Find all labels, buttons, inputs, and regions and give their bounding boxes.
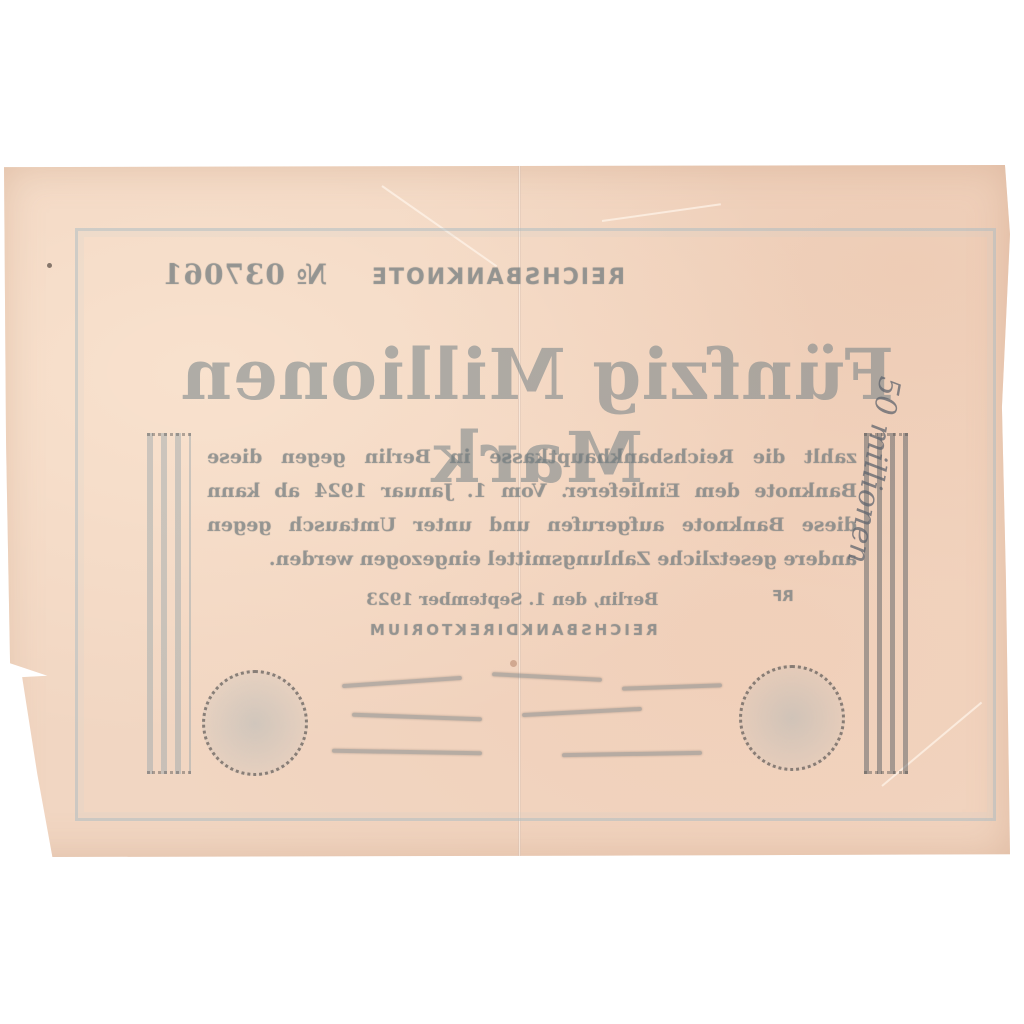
- serial-number-text: № 037061: [162, 258, 327, 291]
- date-line: Berlin, den 1. September 1923: [302, 590, 722, 610]
- serial-number: № 037061: [162, 258, 327, 291]
- header-label: REICHSBANKNOTE: [370, 265, 620, 290]
- header-label-text: REICHSBANKNOTE: [370, 265, 625, 290]
- issuer-text: REICHSBANKDIREKTORIUM: [367, 621, 658, 639]
- signature: [622, 683, 722, 690]
- issuer-line: REICHSBANKDIREKTORIUM: [302, 621, 722, 639]
- signature: [492, 672, 602, 682]
- stain: [510, 660, 517, 667]
- series-mark: RF: [772, 587, 794, 605]
- signature: [342, 676, 462, 688]
- series-mark-text: RF: [772, 587, 794, 605]
- stain: [47, 263, 52, 268]
- signature: [522, 707, 642, 717]
- date-line-text: Berlin, den 1. September 1923: [366, 590, 658, 610]
- eagle-seal-icon: [202, 670, 308, 776]
- body-legend: zahlt die Reichsbankhauptkasse in Berlin…: [207, 440, 857, 576]
- banknote: REICHSBANKNOTE № 037061 Fünfzig Millione…: [2, 165, 1010, 857]
- eagle-seal-icon: [739, 665, 845, 771]
- signature: [562, 751, 702, 757]
- body-legend-text: zahlt die Reichsbankhauptkasse in Berlin…: [207, 440, 857, 576]
- crease: [602, 203, 721, 222]
- signature: [352, 713, 482, 722]
- signature: [332, 749, 482, 756]
- edge-tear: [0, 680, 12, 686]
- signature-block: [322, 660, 742, 780]
